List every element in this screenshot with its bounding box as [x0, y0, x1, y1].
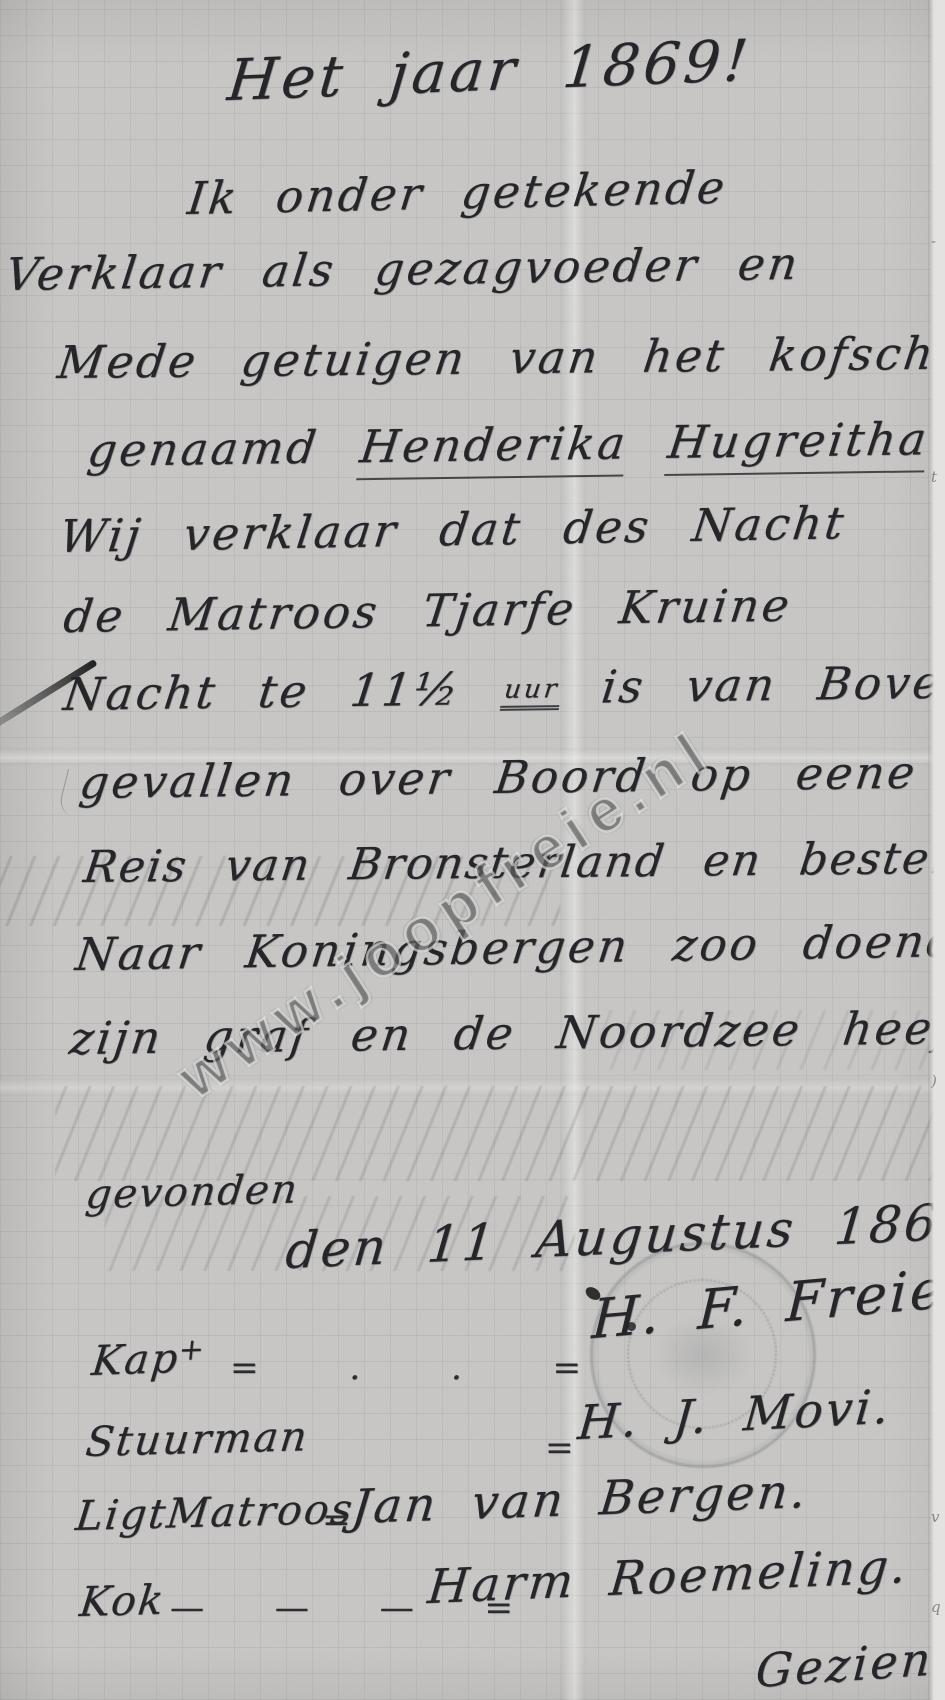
line-text: zijn graf en de Noordzee heeft [67, 1001, 945, 1065]
bleed-through-hatching [55, 1086, 935, 1181]
name-text: Harm Roemeling. [425, 1539, 911, 1615]
gezien-annotation: Gezien [754, 1632, 935, 1698]
scan-edge-strip [928, 0, 945, 1700]
year-heading-text: Het jaar 1869! [225, 28, 755, 114]
time-text: Nacht te 11½ [61, 662, 464, 721]
signature-role-cook: Kok [79, 1576, 165, 1626]
edge-mark-text: q [931, 1598, 941, 1616]
line-text: Reis van Bronsterland en bestendt [81, 832, 945, 893]
line-text: Verklaar als gezagvoeder en [3, 237, 804, 301]
signature-role-ordinary-seaman: LigtMatroos [75, 1485, 354, 1540]
ship-name-second: Hugreitha [665, 412, 933, 476]
role-text: LigtMatroos [73, 1485, 356, 1540]
manuscript-line: zijn graf en de Noordzee heeft [70, 1001, 945, 1065]
signature-role-mate: Stuurman [85, 1412, 309, 1466]
edge-mark-text: t [931, 468, 937, 486]
signature-separator: = . . = [230, 1348, 621, 1388]
name-text: Jan van Bergen. [349, 1464, 811, 1535]
edge-mark-text: ) [931, 1072, 937, 1090]
line-text: gevallen over Boord op eene [77, 746, 921, 809]
line-text: Wij verklaar dat des Nacht [57, 496, 850, 563]
edge-mark: q [931, 1598, 941, 1616]
edge-mark-text: v [931, 1508, 939, 1526]
gezien-text: Gezien [754, 1631, 935, 1698]
horizontal-fold-crease [0, 1078, 945, 1096]
year-heading: Het jaar 1869! [227, 28, 753, 114]
manuscript-line: Mede getuigen van het kofschip [58, 326, 945, 389]
ship-name-first: Henderika [356, 416, 631, 480]
time-line: Nacht te 11½ uur is van Boven [64, 655, 945, 721]
line-text: Ik onder getekende [185, 161, 730, 225]
line-text: de Matroos Tjarfe Kruine [61, 579, 795, 644]
stamp-blotch [653, 1315, 753, 1395]
ship-name-line: genaamd Henderika Hugreitha [88, 412, 930, 484]
manuscript-line: Wij verklaar dat des Nacht [60, 496, 847, 563]
cross-mark: + [177, 1332, 208, 1368]
edge-mark: ) [931, 1072, 937, 1090]
manuscript-line: Naar Koningsbergen zoo doende [76, 914, 945, 981]
manuscript-line: gevallen over Boord op eene [80, 746, 918, 809]
manuscript-line: Ik onder getekende [187, 161, 727, 225]
round-postal-stamp [590, 1242, 816, 1468]
role-text: Stuurman [83, 1412, 311, 1466]
signature-role-captain: Kap+ [91, 1332, 207, 1385]
ship-prefix: genaamd [85, 421, 322, 477]
edge-mark: - [931, 232, 936, 250]
time-unit: uur [500, 674, 563, 711]
edge-mark: t [931, 468, 937, 486]
manuscript-line: Reis van Bronsterland en bestendt [84, 832, 945, 893]
ink-dot [627, 1322, 636, 1331]
manuscript-page: Het jaar 1869! Ik onder getekende Verkla… [0, 0, 945, 1700]
time-text-after: is van Boven [599, 655, 945, 713]
line-text: Naar Koningsbergen zoo doende [73, 914, 945, 981]
manuscript-line: Verklaar als gezagvoeder en [6, 237, 801, 301]
signature-cook: Harm Roemeling. [427, 1539, 910, 1615]
manuscript-line: gevonden [85, 1166, 299, 1218]
line-text: Mede getuigen van het kofschip [55, 326, 945, 389]
role-text: Kap [89, 1334, 181, 1385]
sep-text: = . . = [230, 1348, 621, 1388]
signature-ordinary-seaman: Jan van Bergen. [351, 1464, 809, 1535]
edge-mark: v [931, 1508, 939, 1526]
role-text: Kok [77, 1576, 168, 1626]
edge-mark-text: - [931, 232, 936, 250]
line-text: gevonden [83, 1166, 301, 1218]
sailor-name-line: de Matroos Tjarfe Kruine [64, 579, 793, 643]
